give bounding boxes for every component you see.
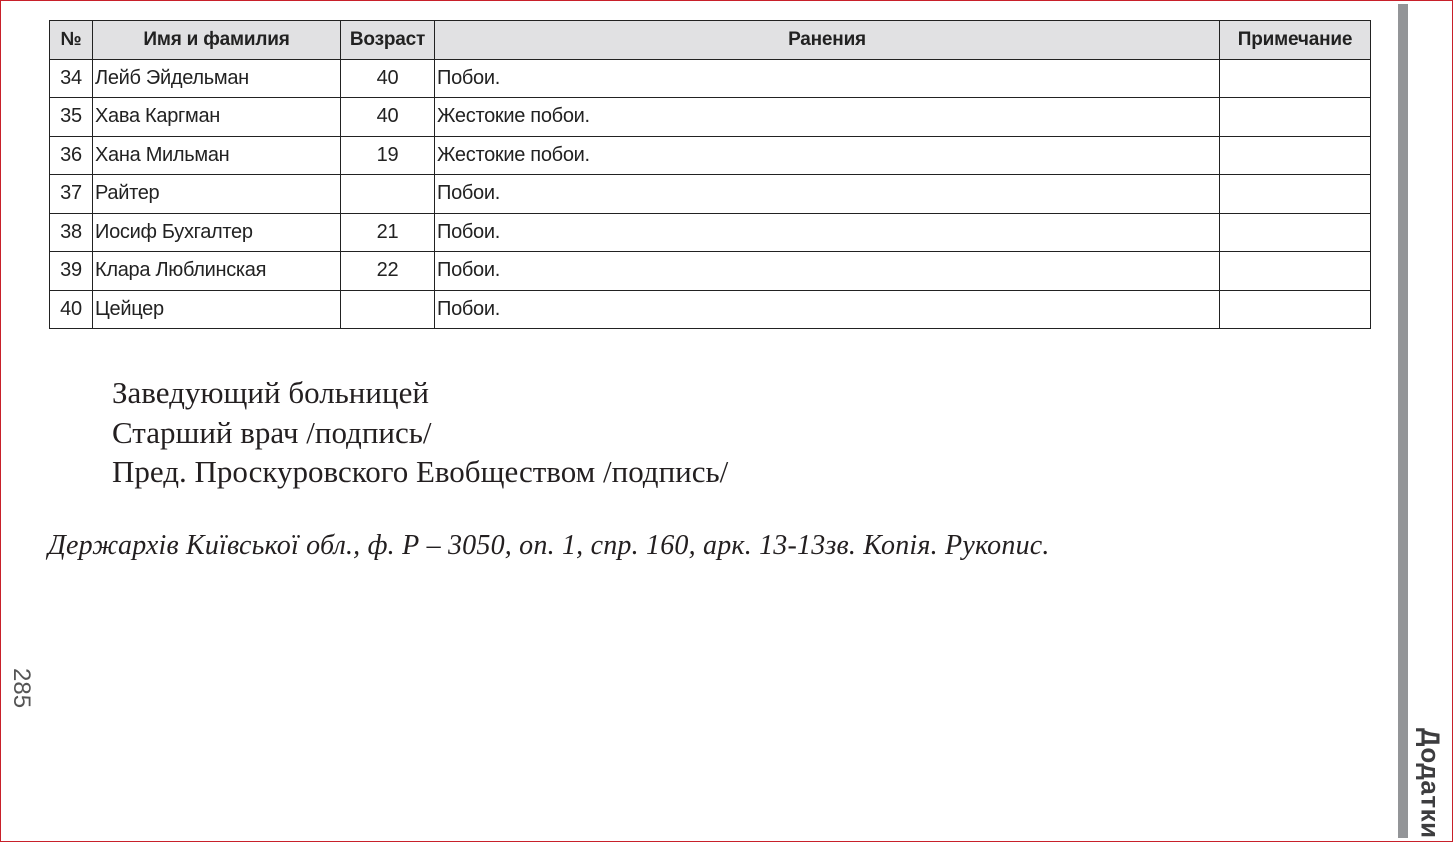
table-row: 36Хана Мильман19Жестокие побои. xyxy=(50,136,1371,175)
table-body: 34Лейб Эйдельман40Побои.35Хава Каргман40… xyxy=(50,59,1371,329)
cell-injury: Жестокие побои. xyxy=(435,136,1220,175)
table-row: 39Клара Люблинская22Побои. xyxy=(50,252,1371,291)
section-sidebar xyxy=(1398,4,1408,838)
cell-name: Иосиф Бухгалтер xyxy=(93,213,341,252)
signature-line: Пред. Проскуровского Евобществом /подпис… xyxy=(112,452,728,492)
cell-injury: Побои. xyxy=(435,252,1220,291)
cell-number: 35 xyxy=(50,98,93,137)
table-row: 34Лейб Эйдельман40Побои. xyxy=(50,59,1371,98)
cell-age: 40 xyxy=(341,59,435,98)
cell-age xyxy=(341,290,435,329)
cell-note xyxy=(1220,175,1371,214)
header-number: № xyxy=(50,21,93,60)
cell-note xyxy=(1220,290,1371,329)
cell-injury: Побои. xyxy=(435,213,1220,252)
table-row: 40ЦейцерПобои. xyxy=(50,290,1371,329)
cell-age: 22 xyxy=(341,252,435,291)
cell-note xyxy=(1220,213,1371,252)
source-citation: Держархів Київської обл., ф. Р – 3050, о… xyxy=(48,530,1050,562)
table-row: 35Хава Каргман40Жестокие побои. xyxy=(50,98,1371,137)
cell-injury: Жестокие побои. xyxy=(435,98,1220,137)
cell-name: Хава Каргман xyxy=(93,98,341,137)
section-label: Додатки xyxy=(1412,728,1448,838)
table-header-row: № Имя и фамилия Возраст Ранения Примечан… xyxy=(50,21,1371,60)
cell-age: 21 xyxy=(341,213,435,252)
cell-injury: Побои. xyxy=(435,59,1220,98)
cell-number: 39 xyxy=(50,252,93,291)
signature-block: Заведующий больницей Старший врач /подпи… xyxy=(112,373,728,492)
cell-number: 40 xyxy=(50,290,93,329)
cell-note xyxy=(1220,252,1371,291)
cell-number: 37 xyxy=(50,175,93,214)
table-row: 37РайтерПобои. xyxy=(50,175,1371,214)
cell-note xyxy=(1220,59,1371,98)
header-note: Примечание xyxy=(1220,21,1371,60)
cell-number: 38 xyxy=(50,213,93,252)
cell-injury: Побои. xyxy=(435,175,1220,214)
header-name: Имя и фамилия xyxy=(93,21,341,60)
cell-number: 36 xyxy=(50,136,93,175)
page-number: 285 xyxy=(6,668,36,728)
victims-table: № Имя и фамилия Возраст Ранения Примечан… xyxy=(49,20,1371,329)
cell-name: Райтер xyxy=(93,175,341,214)
cell-age: 19 xyxy=(341,136,435,175)
cell-injury: Побои. xyxy=(435,290,1220,329)
signature-line: Заведующий больницей xyxy=(112,373,728,413)
header-injuries: Ранения xyxy=(435,21,1220,60)
signature-line: Старший врач /подпись/ xyxy=(112,413,728,453)
cell-name: Клара Люблинская xyxy=(93,252,341,291)
cell-note xyxy=(1220,136,1371,175)
cell-name: Лейб Эйдельман xyxy=(93,59,341,98)
cell-note xyxy=(1220,98,1371,137)
cell-name: Цейцер xyxy=(93,290,341,329)
cell-number: 34 xyxy=(50,59,93,98)
cell-age: 40 xyxy=(341,98,435,137)
table-row: 38Иосиф Бухгалтер21Побои. xyxy=(50,213,1371,252)
header-age: Возраст xyxy=(341,21,435,60)
cell-age xyxy=(341,175,435,214)
cell-name: Хана Мильман xyxy=(93,136,341,175)
